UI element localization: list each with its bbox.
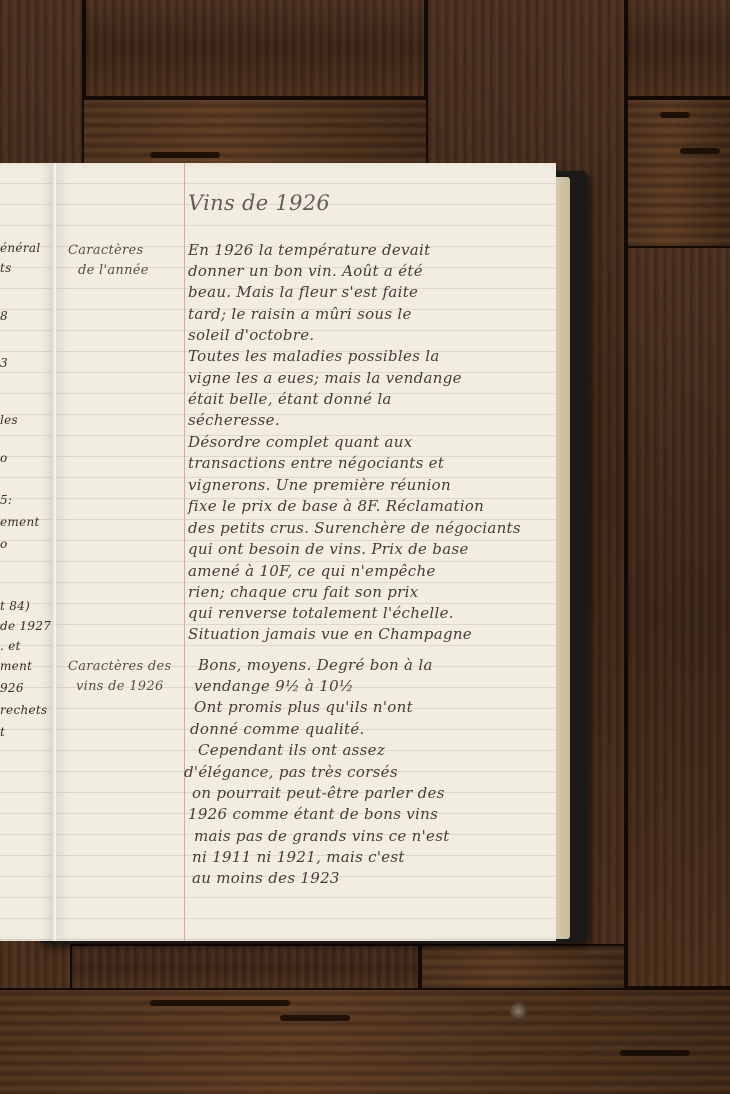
ledger-line: était belle, étant donné la xyxy=(188,390,392,408)
margin-label-vins: vins de 1926 xyxy=(76,679,164,694)
left-page-text: o xyxy=(0,537,8,551)
margin-label-annee: Caractères xyxy=(68,243,143,258)
wood-plank-right-column xyxy=(626,246,730,988)
margin-label-vins: Caractères des xyxy=(68,659,171,674)
left-page-text: de 1927 xyxy=(0,619,51,633)
left-page-text: o xyxy=(0,451,8,465)
ledger-line: vigne les a eues; mais la vendange xyxy=(188,369,462,387)
ledger-line: Toutes les maladies possibles la xyxy=(188,347,440,365)
margin-label-annee: de l'année xyxy=(78,263,149,278)
ledger-line: qui ont besoin de vins. Prix de base xyxy=(188,540,469,558)
wood-gouge xyxy=(150,152,220,158)
left-page-text: énéral xyxy=(0,241,40,255)
ledger-line: on pourrait peut-être parler des xyxy=(192,784,445,802)
ledger-line: donné comme qualité. xyxy=(190,720,365,738)
left-page-text: les xyxy=(0,413,18,427)
ledger-line: mais pas de grands vins ce n'est xyxy=(194,827,450,845)
left-page: énéral ts 8 3 les o 5: ement o t 84) de … xyxy=(0,163,54,941)
left-page-text: 8 xyxy=(0,309,8,323)
wood-plank-header xyxy=(82,98,428,168)
wood-plank-bottom-strip-right xyxy=(420,944,626,990)
wood-gouge xyxy=(620,1050,690,1056)
left-page-text: 3 xyxy=(0,356,8,370)
ledger-line: Situation jamais vue en Champagne xyxy=(188,625,472,643)
ledger-line: sécheresse. xyxy=(188,411,280,429)
ledger-line: qui renverse totalement l'échelle. xyxy=(188,604,454,622)
left-page-text: t xyxy=(0,725,5,739)
ledger-line: tard; le raisin a mûri sous le xyxy=(188,305,412,323)
ledger-line: En 1926 la température devait xyxy=(188,241,430,259)
ledger-line: amené à 10F, ce qui n'empêche xyxy=(188,562,436,580)
left-page-text: ment xyxy=(0,659,32,673)
ledger-line: transactions entre négociants et xyxy=(188,454,444,472)
ledger-line: donner un bon vin. Août a été xyxy=(188,262,423,280)
ledger-line: des petits crus. Surenchère de négociant… xyxy=(188,519,521,537)
left-page-text: ement xyxy=(0,515,40,529)
ledger-line: beau. Mais la fleur s'est faite xyxy=(188,283,418,301)
wood-gouge xyxy=(680,148,720,154)
margin-rule xyxy=(184,163,185,941)
wood-plank-far-right-top xyxy=(626,0,730,98)
ledger-line: vignerons. Une première réunion xyxy=(188,476,451,494)
page-title: Vins de 1926 xyxy=(188,191,330,215)
ledger-line: Ont promis plus qu'ils n'ont xyxy=(194,698,413,716)
wood-plank-bottom-strip xyxy=(70,944,420,990)
ledger-line: vendange 9½ à 10½ xyxy=(194,677,354,695)
left-page-text: ts xyxy=(0,261,12,275)
left-page-text: . et xyxy=(0,639,21,653)
left-page-text: rechets xyxy=(0,703,47,717)
wood-plank-bottom xyxy=(0,988,730,1094)
wood-gouge xyxy=(150,1000,290,1006)
wood-plank-right-block xyxy=(626,98,730,248)
wood-gouge xyxy=(280,1015,350,1021)
ledger-line: ni 1911 ni 1921, mais c'est xyxy=(192,848,405,866)
ledger-line: Cependant ils ont assez xyxy=(198,741,385,759)
left-page-text: 5: xyxy=(0,493,12,507)
ledger-line: fixe le prix de base à 8F. Réclamation xyxy=(188,497,484,515)
ledger-line: Bons, moyens. Degré bon à la xyxy=(198,656,433,674)
ledger-line: au moins des 1923 xyxy=(192,869,340,887)
ledger-line: rien; chaque cru fait son prix xyxy=(188,583,419,601)
wood-plank-top-center xyxy=(84,0,426,98)
ledger-line: 1926 comme étant de bons vins xyxy=(188,805,438,823)
left-page-text: 926 xyxy=(0,681,24,695)
wood-nail-head xyxy=(510,1002,526,1020)
wood-gouge xyxy=(660,112,690,118)
right-page: Vins de 1926 Caractères de l'année En 19… xyxy=(56,163,556,941)
ledger-line: Désordre complet quant aux xyxy=(188,433,412,451)
ledger-line: d'élégance, pas très corsés xyxy=(184,763,398,781)
left-page-text: t 84) xyxy=(0,599,30,613)
ledger-line: soleil d'octobre. xyxy=(188,326,315,344)
open-ledger-book: énéral ts 8 3 les o 5: ement o t 84) de … xyxy=(0,163,590,948)
